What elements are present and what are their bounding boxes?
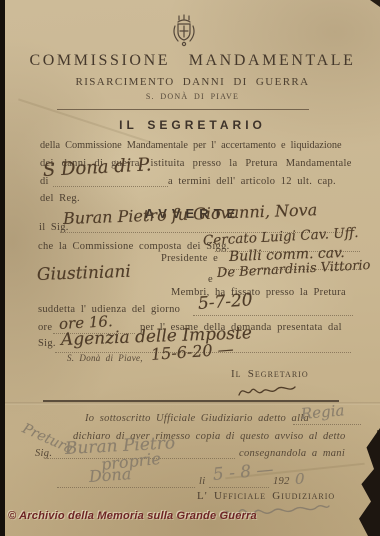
secretary-signature-scribble xyxy=(237,381,297,408)
fill-line xyxy=(57,487,195,488)
document-photo: COMMISSIONE MANDAMENTALE RISARCIMENTO DA… xyxy=(0,0,380,536)
copyright-watermark: © Archivio della Memoria sulla Grande Gu… xyxy=(8,510,257,522)
notice-line-1: della Commissione Mandamentale per l' ac… xyxy=(40,140,342,151)
fill-line xyxy=(209,487,269,488)
header-divider xyxy=(57,109,309,110)
handwritten-member-1b: Giustiniani xyxy=(37,262,132,285)
dateline-place: S. Donà di Piave, xyxy=(67,353,143,363)
commission-place: S. DONÀ DI PIAVE xyxy=(5,92,380,101)
li-label: li xyxy=(199,476,205,487)
handwritten-recipient: Buran Pietro fu Giovanni, Nova xyxy=(63,200,318,228)
fill-line xyxy=(53,186,168,187)
president-label: Presidente e xyxy=(161,253,218,264)
notice-line-3-suffix: a termini dell' articolo 12 ult. cap. xyxy=(168,176,336,187)
pencil-year-digit: 0 xyxy=(295,470,305,488)
year-print: 192 xyxy=(273,476,290,487)
pencil-note-top: Regia xyxy=(300,401,345,423)
corner-shadow xyxy=(370,0,380,7)
notice-line-4: del Reg. xyxy=(40,193,80,204)
paper-sheet: COMMISSIONE MANDAMENTALE RISARCIMENTO DA… xyxy=(5,0,380,536)
torn-corner xyxy=(350,428,380,536)
commission-subtitle: RISARCIMENTO DANNI DI GUERRA xyxy=(5,76,380,88)
pencil-day-month: 5 - 8 — xyxy=(212,460,274,485)
hours-label: ore xyxy=(38,322,52,333)
handwritten-hearing-date: 5-7-20 xyxy=(197,290,253,314)
pencil-place: Dona xyxy=(88,464,132,486)
fill-line xyxy=(193,315,353,316)
commission-title: COMMISSIONE MANDAMENTALE xyxy=(5,52,380,70)
and-label: e xyxy=(208,274,213,285)
royal-crest-icon xyxy=(170,13,198,54)
handwritten-pretura-place: S Dona di P. xyxy=(42,154,152,181)
section-divider xyxy=(43,400,339,402)
sig-label-2: Sig. xyxy=(38,338,56,349)
commission-line: che la Commissione composta dei Sigg. xyxy=(38,241,230,252)
fill-line xyxy=(293,424,361,425)
secretary-heading: IL SEGRETARIO xyxy=(5,118,380,132)
bailiff-line-1: Io sottoscritto Ufficiale Giudiziario ad… xyxy=(85,413,309,424)
bailiff-line-3-suffix: consegnandola a mani xyxy=(239,448,345,459)
secretary-sign-label: Il Segretario xyxy=(231,368,309,380)
